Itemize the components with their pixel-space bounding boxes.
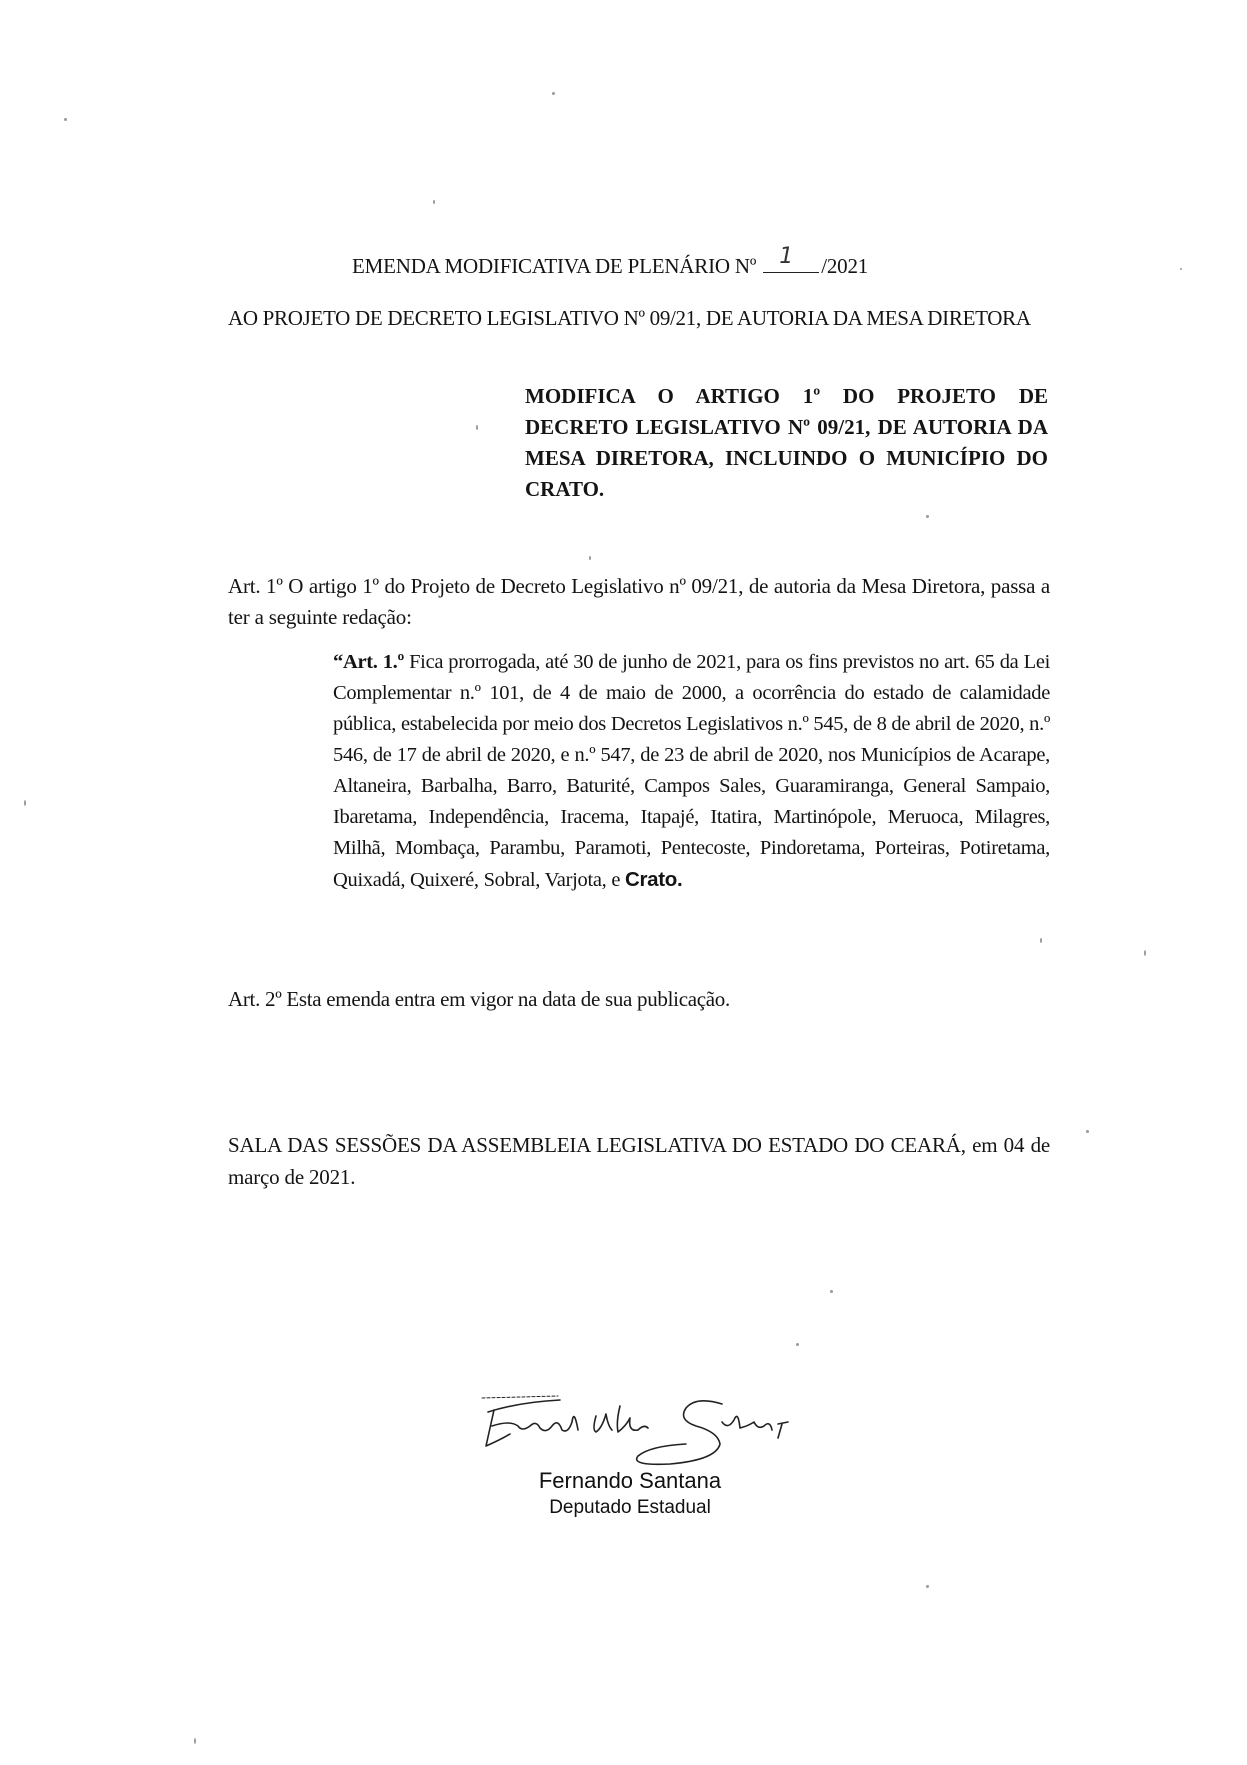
ementa-summary: MODIFICA O ARTIGO 1º DO PROJETO DE DECRE… — [525, 381, 1048, 505]
scan-speck — [24, 800, 26, 806]
document-subtitle: AO PROJETO DE DECRETO LEGISLATIVO Nº 09/… — [228, 302, 1048, 335]
article-2: Art. 2º Esta emenda entra em vigor na da… — [228, 984, 1050, 1015]
scan-speck — [830, 1290, 833, 1293]
handwritten-amendment-number: 1 — [779, 244, 793, 269]
amendment-number-blank: 1 — [763, 254, 819, 273]
title-suffix: /2021 — [821, 254, 868, 278]
quoted-article-body: Fica prorrogada, até 30 de junho de 2021… — [333, 651, 1050, 891]
quoted-article-text: “Art. 1.º Fica prorrogada, até 30 de jun… — [333, 647, 1050, 896]
scan-speck — [1180, 268, 1182, 270]
closing-location-date: SALA DAS SESSÕES DA ASSEMBLEIA LEGISLATI… — [228, 1129, 1050, 1193]
scan-speck — [194, 1738, 196, 1744]
document-title: EMENDA MODIFICATIVA DE PLENÁRIO Nº 1/202… — [352, 254, 868, 279]
scan-speck — [1144, 950, 1146, 956]
scanned-document-page: EMENDA MODIFICATIVA DE PLENÁRIO Nº 1/202… — [0, 0, 1247, 1765]
signature-block: Fernando Santana Deputado Estadual — [460, 1360, 800, 1540]
handwritten-signature-icon — [460, 1360, 800, 1470]
article-1: Art. 1º O artigo 1º do Projeto de Decret… — [228, 571, 1050, 633]
signer-role: Deputado Estadual — [460, 1497, 800, 1519]
scan-speck — [1086, 1130, 1089, 1133]
scan-speck — [926, 1585, 929, 1588]
scan-speck — [433, 200, 435, 204]
scan-speck — [926, 515, 929, 518]
scan-speck — [476, 425, 478, 430]
scan-speck — [552, 92, 555, 95]
title-prefix: EMENDA MODIFICATIVA DE PLENÁRIO Nº — [352, 254, 756, 278]
scan-speck — [589, 556, 591, 560]
scan-speck — [796, 1343, 799, 1346]
quoted-article-highlight: Crato. — [625, 868, 682, 891]
scan-speck — [64, 118, 67, 121]
signer-name: Fernando Santana — [460, 1468, 800, 1494]
quoted-article-lead: “Art. 1.º — [333, 651, 404, 673]
scan-speck — [1040, 938, 1042, 943]
